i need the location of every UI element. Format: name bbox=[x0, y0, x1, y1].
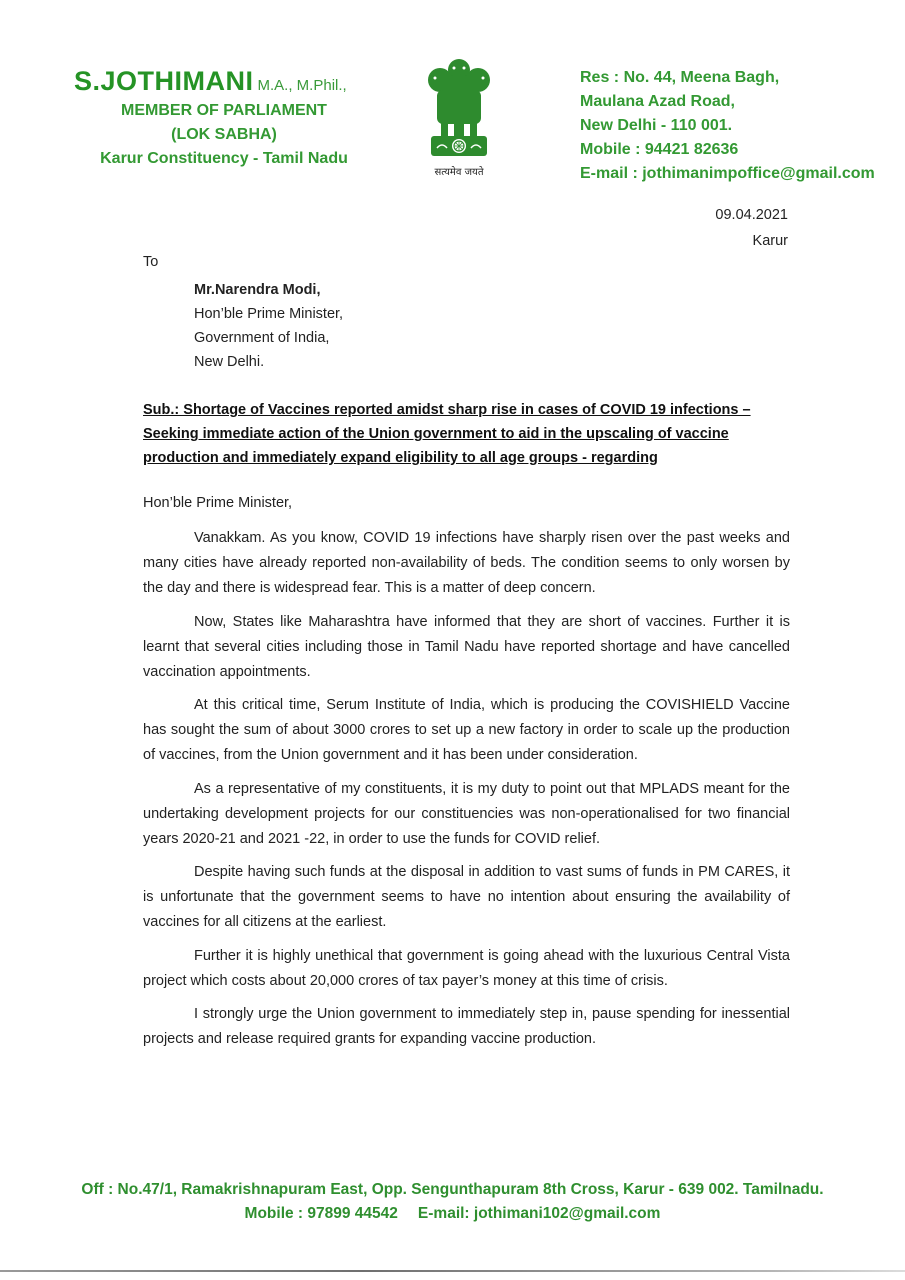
body-paragraph: As a representative of my constituents, … bbox=[143, 777, 790, 852]
residence-address-block: Res : No. 44, Meena Bagh, Maulana Azad R… bbox=[580, 66, 875, 186]
office-footer: Off : No.47/1, Ramakrishnapuram East, Op… bbox=[0, 1178, 905, 1226]
letter-place: Karur bbox=[715, 228, 788, 254]
residence-mobile: Mobile : 94421 82636 bbox=[580, 138, 875, 162]
state-emblem: सत्यमेव जयते bbox=[414, 56, 504, 184]
office-contact: Mobile : 97899 44542E-mail: jothimani102… bbox=[0, 1202, 905, 1226]
state-emblem-icon bbox=[423, 56, 495, 162]
date-place-block: 09.04.2021 Karur bbox=[715, 202, 788, 254]
sender-degrees: M.A., M.Phil., bbox=[258, 77, 347, 94]
office-address: Off : No.47/1, Ramakrishnapuram East, Op… bbox=[0, 1178, 905, 1202]
residence-email: E-mail : jothimanimpoffice@gmail.com bbox=[580, 162, 875, 186]
sender-name-line: S.JOTHIMANIM.A., M.Phil., bbox=[74, 66, 374, 97]
recipient-line-1: Hon’ble Prime Minister, bbox=[194, 302, 343, 326]
letter-date: 09.04.2021 bbox=[715, 202, 788, 228]
office-email: E-mail: jothimani102@gmail.com bbox=[418, 1205, 661, 1222]
to-label: To bbox=[143, 254, 158, 270]
recipient-line-3: New Delhi. bbox=[194, 350, 343, 374]
recipient-name: Mr.Narendra Modi, bbox=[194, 278, 343, 302]
letter-body: Vanakkam. As you know, COVID 19 infectio… bbox=[143, 526, 790, 1061]
salutation: Hon’ble Prime Minister, bbox=[143, 495, 292, 511]
footer-divider bbox=[0, 1270, 905, 1272]
residence-line-2: Maulana Azad Road, bbox=[580, 90, 875, 114]
sender-title-1: MEMBER OF PARLIAMENT bbox=[74, 99, 374, 123]
recipient-line-2: Government of India, bbox=[194, 326, 343, 350]
body-paragraph: Vanakkam. As you know, COVID 19 infectio… bbox=[143, 526, 790, 601]
sender-name: S.JOTHIMANI bbox=[74, 66, 254, 96]
body-paragraph: I strongly urge the Union government to … bbox=[143, 1002, 790, 1052]
body-paragraph: At this critical time, Serum Institute o… bbox=[143, 693, 790, 768]
letter-subject: Sub.: Shortage of Vaccines reported amid… bbox=[143, 398, 783, 470]
sender-constituency: Karur Constituency - Tamil Nadu bbox=[74, 147, 374, 171]
letterhead-sender-block: S.JOTHIMANIM.A., M.Phil., MEMBER OF PARL… bbox=[74, 66, 374, 171]
recipient-address: Mr.Narendra Modi, Hon’ble Prime Minister… bbox=[194, 278, 343, 374]
residence-line-1: Res : No. 44, Meena Bagh, bbox=[580, 66, 875, 90]
body-paragraph: Further it is highly unethical that gove… bbox=[143, 944, 790, 994]
sender-title-2: (LOK SABHA) bbox=[74, 123, 374, 147]
office-mobile: Mobile : 97899 44542 bbox=[245, 1205, 398, 1222]
body-paragraph: Now, States like Maharashtra have inform… bbox=[143, 610, 790, 685]
residence-line-3: New Delhi - 110 001. bbox=[580, 114, 875, 138]
body-paragraph: Despite having such funds at the disposa… bbox=[143, 860, 790, 935]
emblem-motto: सत्यमेव जयते bbox=[414, 164, 504, 178]
